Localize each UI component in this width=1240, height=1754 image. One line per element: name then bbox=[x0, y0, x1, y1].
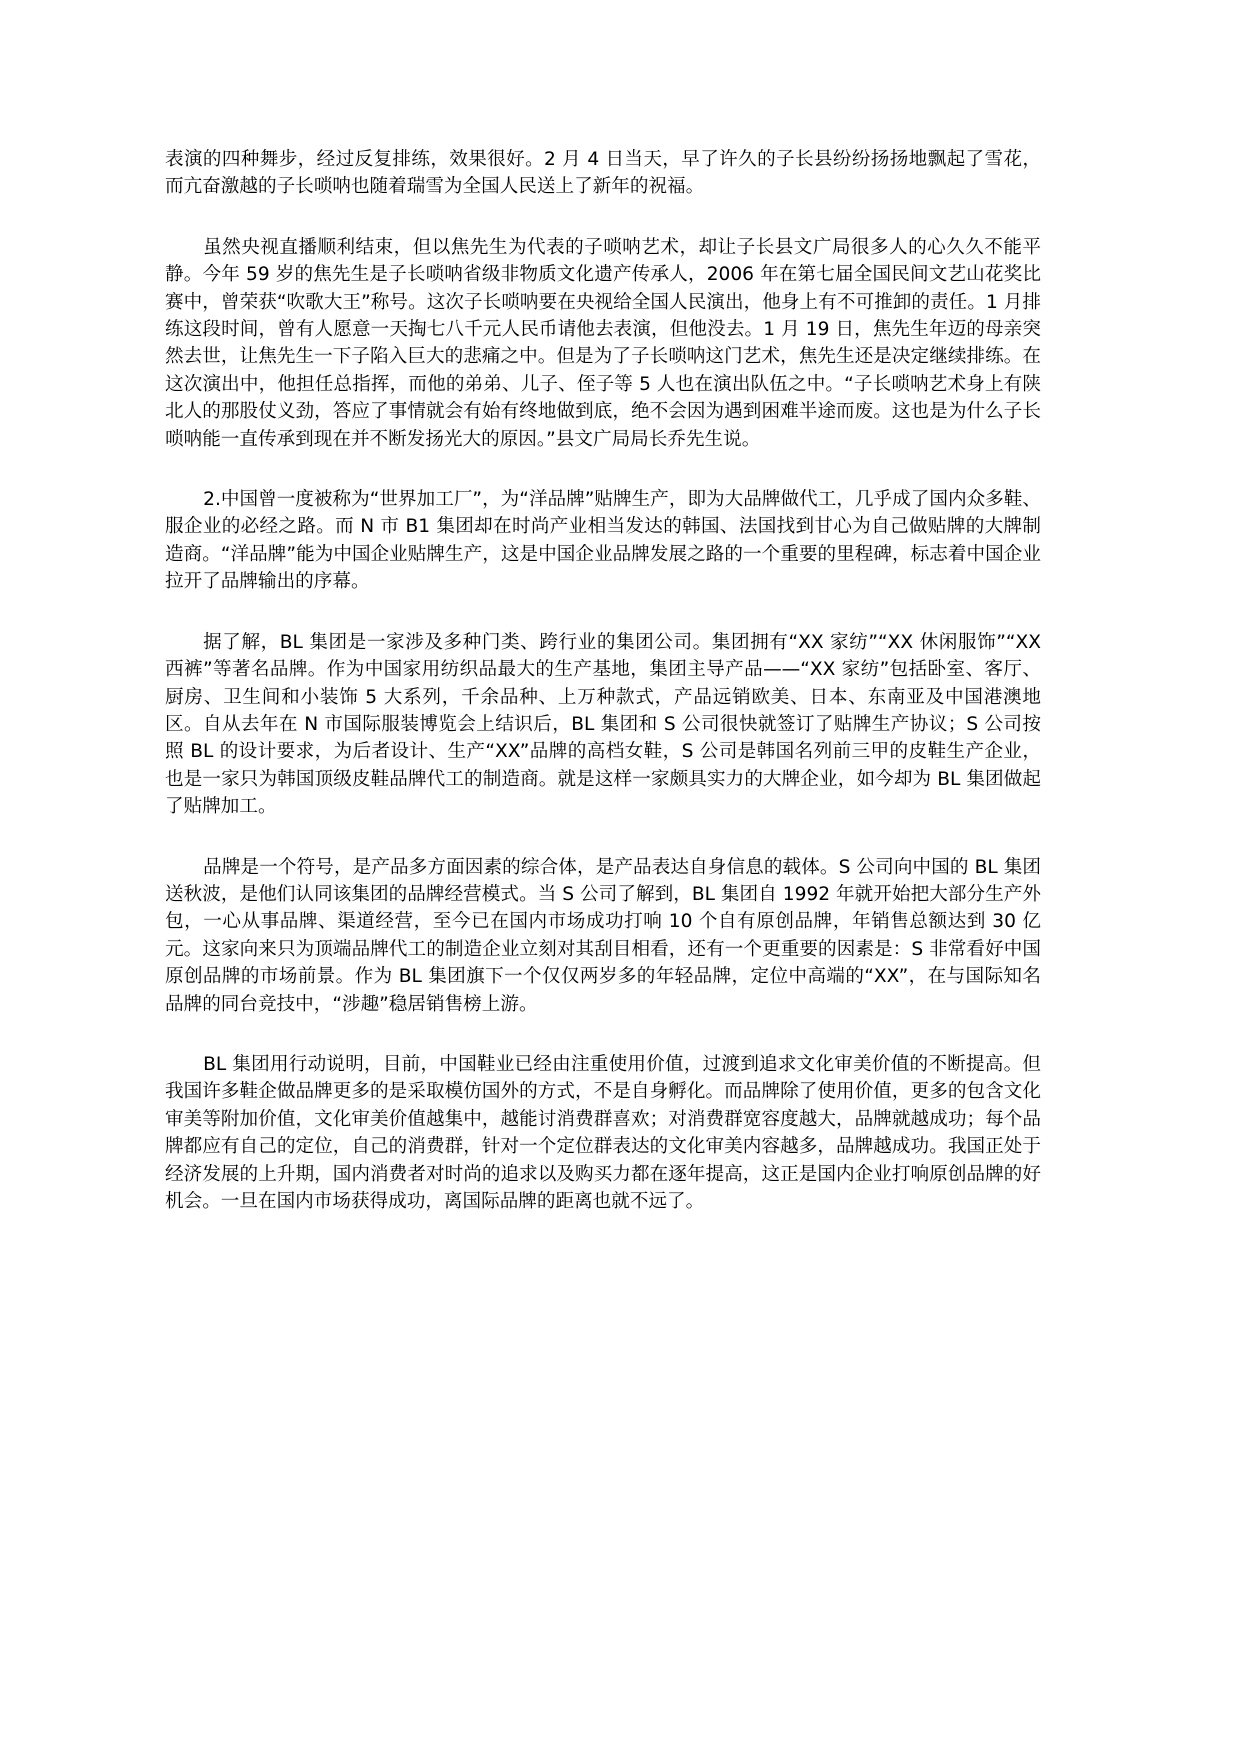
paragraph-1: 表演的四种舞步，经过反复排练，效果很好。2 月 4 日当天，早了许久的子长县纷纷… bbox=[165, 146, 1041, 201]
paragraph-2: 虽然央视直播顺利结束，但以焦先生为代表的子唢呐艺术，却让子长县文广局很多人的心久… bbox=[165, 234, 1041, 453]
paragraph-5: 品牌是一个符号，是产品多方面因素的综合体，是产品表达自身信息的载体。S 公司向中… bbox=[165, 854, 1041, 1018]
document-page: 表演的四种舞步，经过反复排练，效果很好。2 月 4 日当天，早了许久的子长县纷纷… bbox=[165, 146, 1041, 1248]
paragraph-3: 2.中国曾一度被称为“世界加工厂”，为“洋品牌”贴牌生产，即为大品牌做代工，几乎… bbox=[165, 486, 1041, 596]
paragraph-6: BL 集团用行动说明，目前，中国鞋业已经由注重使用价值，过渡到追求文化审美价值的… bbox=[165, 1051, 1041, 1215]
paragraph-4: 据了解，BL 集团是一家涉及多种门类、跨行业的集团公司。集团拥有“XX 家纺”“… bbox=[165, 629, 1041, 821]
